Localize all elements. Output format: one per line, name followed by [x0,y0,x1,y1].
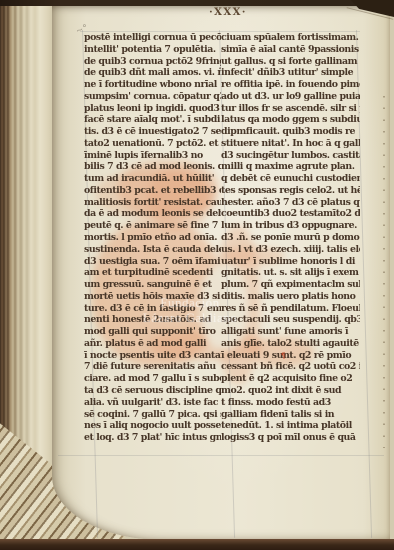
manuscript-line: anis glīe. talo2 stulti agauitē [221,338,360,350]
manuscript-line: ciare. ad mod 7 gallu ī s subdi [84,373,221,385]
watermark-line1: Fundación [106,295,274,310]
manuscript-line: mo2. quo2 int dixit ē sud [221,385,360,397]
manuscript-line: postē intelligi cornua ū pecōd2 [84,32,221,44]
manuscript-line: platus leoni ip ingidi. quod3 [84,103,221,115]
manuscript-line: intellit' potentia 7 opulētia. [84,44,221,56]
manuscript-line: t finss. modo festū ad3 [221,397,360,409]
manuscript-line: d3 .ñ. se ponīe murū p domo [221,232,360,244]
manuscript-line: infecit' dñib3 utitur' simple [221,67,360,79]
manuscript-line: mortis. l pmīo etño ad onīa. [84,232,221,244]
manuscript-line: tum ad iracundiā. ut hūilit' [84,173,221,185]
manuscript-line: alia. vñ uulgarit' d3. iste fac [84,397,221,409]
manuscript-line: am et turpitudinē scedenti [84,267,221,279]
manuscript-photo: ~° ·XXX· postē intelligi cornua ū pecōd2… [0,0,394,550]
manuscript-line: ī nocte psentis uite d3 cantare [84,350,221,362]
manuscript-line: cessant bñ ficē. q2 uotū co2 im [221,361,360,373]
manuscript-line: lum in tribus d3 oppugnare. [221,220,360,232]
manuscript-line: bilis 7 d3 cē ad mod leonis. qñ [84,161,221,173]
manuscript-line: de quib3 dñt mali amos. vi. ñ [84,67,221,79]
manuscript-line: sustinenda. Ista ē cauda delere [84,244,221,256]
manuscript-line: tur illos fr se ascendē. silr si p [221,103,360,115]
manuscript-line: gnitatis. ut. s. sit alijs ī exem [221,267,360,279]
manuscript-line: sē coqini. 7 gallū 7 pica. qsi so [84,409,221,421]
manuscript-line: tato2 uenationū. 7 pctō2. et [84,138,221,150]
manuscript-line: ciuam spūalem fortissimam. [221,32,360,44]
manuscript-line: ado ut d3. ur lo9 galline puia [221,91,360,103]
manuscript-line: re offitia ipē. in fouendo pimo [221,79,360,91]
manuscript-line: um gressuū. sanguinē ē et [84,279,221,291]
manuscript-line: coeuntib3 duo2 testamīto2 diabo [221,208,360,220]
text-column-left: postē intelligi cornua ū pecōd2intellit'… [84,32,221,444]
manuscript-line: ut gallus. q si forte gallinam [221,56,360,68]
manuscript-line: 7 diē future serenitatis añu [84,361,221,373]
library-watermark: Fundación Lázaro Galdiano [106,295,274,325]
text-column-right: ciuam spūalem fortissimam.simīa ē aīal c… [221,32,360,444]
chapter-number-heading: ·XXX· [196,7,260,18]
manuscript-line: malitiosis fortit' resistat. cau [84,197,221,209]
manuscript-line: ta d3 cē seruous discipline q ī [84,385,221,397]
manuscript-line: tis. d3 ē cē inuestigato2 7 sec [84,126,221,138]
manuscript-line: simīa ē aīal cantē 9passionis ē [221,44,360,56]
manuscript-line: da ē ad modum leonis se debet [84,208,221,220]
manuscript-line: galliam fidenī talis si in [221,409,360,421]
manuscript-line: uatur' ī sublime honoris l di [221,256,360,268]
manuscript-line: mod galli qui supponit' tīro [84,326,221,338]
binding-board-top-edge [0,0,394,6]
manuscript-line: plum. 7 qñ expimentaclm sub [221,279,360,291]
binding-board-bottom-edge [0,539,394,550]
manuscript-line: logiss3 q poī mīl onus ē quā [221,432,360,444]
manuscript-line: īminē lupis īfernalib3 no [84,150,221,162]
manuscript-line: alligati sunt' fune amoris ī [221,326,360,338]
pricking-holes [383,96,385,448]
manuscript-line: stituere nitat'. In hoc ā q gall [221,138,360,150]
manuscript-line: facē stare aīalq mot'. ī subdi [84,114,221,126]
manuscript-line: plent ē q2 acquisito fine o2 [221,373,360,385]
manuscript-line: ofitentib3 pcat. et rebellib3 et [84,185,221,197]
manuscript-line: us. l vt d3 ezech. xiiij. talis ele [221,244,360,256]
manuscript-line: peutē q. ē animare sē fine 7 [84,220,221,232]
manuscript-line: sumpsim' cornua. cōpatur q3 [84,91,221,103]
manuscript-line: añr. platus ē ad mod galli [84,338,221,350]
manuscript-line: dipmficauit. quib3 modis re [221,126,360,138]
manuscript-line: ī eleuati 9 sunt. q2 rē pmīo [221,350,360,362]
watermark-line2: Lázaro Galdiano [106,310,274,325]
manuscript-line: ne ī fortitudine wbono nrīal [84,79,221,91]
manuscript-line: de quib3 cornua pctō2 9fringā. [84,56,221,68]
manuscript-line: d3 uestigia sua. 7 oēm īfami [84,256,221,268]
manuscript-line: latus qa modo ggem s subdiuī [221,114,360,126]
manuscript-line: tenedūt. 1. si intima platōil [221,420,360,432]
manuscript-line: q debēt cē eunuchi custodien [221,173,360,185]
ruling-line-bottom [58,455,384,456]
rubric-paragraph-mark: ¶ [281,351,285,360]
manuscript-line: milli q maxime agrute plan. [221,161,360,173]
manuscript-line: d3 sucingētur lumbos. castitat [221,150,360,162]
manuscript-line: hester. año3 7 d3 cē platus qui [221,197,360,209]
manuscript-line: et loq. d3 7 plat' hīc intus gnā [84,432,221,444]
manuscript-line: tes sponsas regis celo2. ut hē. ij. [221,185,360,197]
manuscript-line: nes ī aliq nogocio uult posse [84,420,221,432]
